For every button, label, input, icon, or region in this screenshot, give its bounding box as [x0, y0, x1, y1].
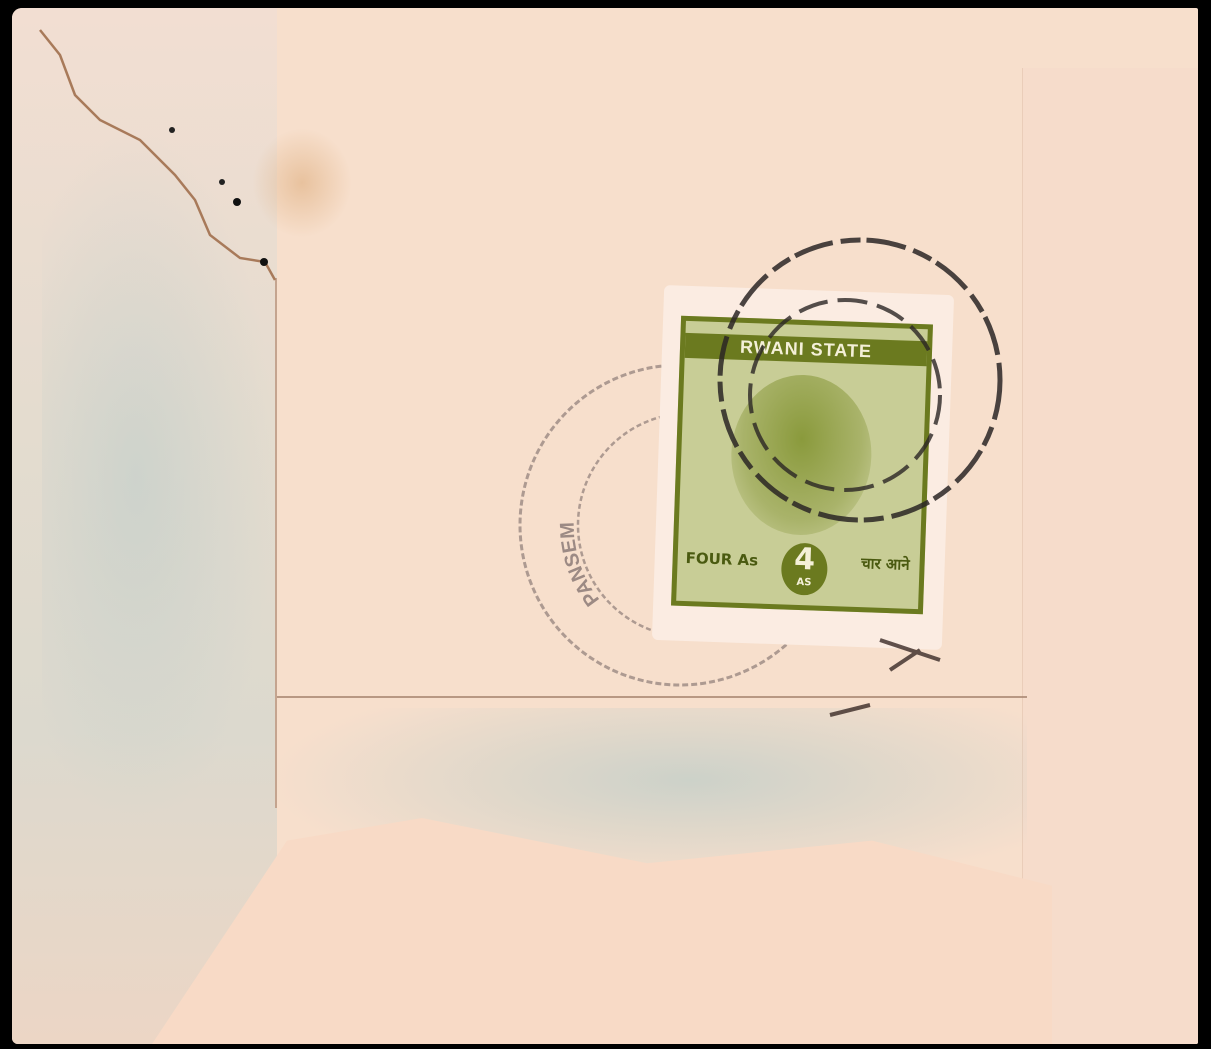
flap-seam-vertical — [275, 278, 277, 808]
stamp-value-english: FOUR As — [685, 549, 758, 570]
tear-line — [0, 0, 300, 300]
stamp-value-circle: 4 AS — [780, 542, 828, 596]
flap-seam — [277, 696, 1027, 698]
stamp-value-number: 4 — [781, 542, 828, 578]
stamp-frame: RWANI STATE FOUR As 4 AS चार आने — [671, 316, 933, 615]
stamp-title: RWANI STATE — [685, 333, 928, 366]
stamp: RWANI STATE FOUR As 4 AS चार आने — [658, 290, 948, 645]
stamp-value-hindi: चार आने — [861, 553, 910, 575]
ruler-portrait — [729, 373, 874, 538]
stamp-value-currency: AS — [781, 576, 827, 590]
